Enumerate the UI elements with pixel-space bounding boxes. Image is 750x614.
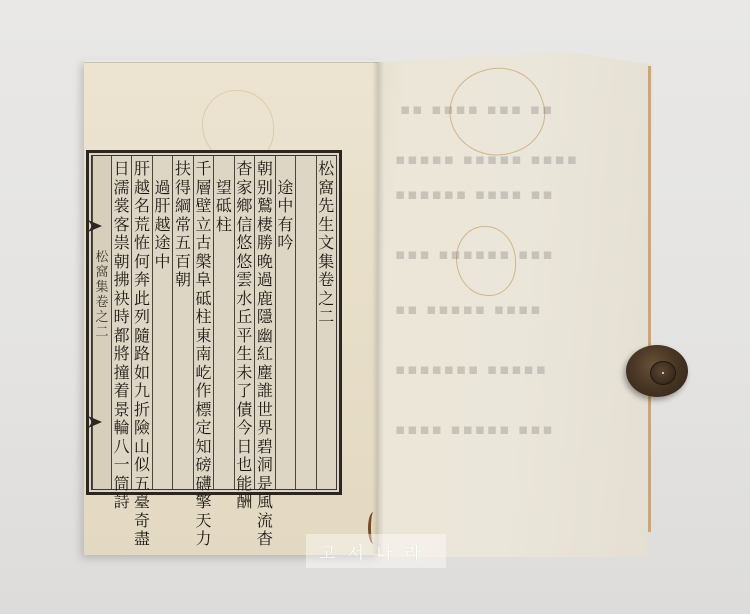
character: 如 (134, 364, 150, 383)
column-body: 杳家鄉信悠悠雲水丘平生未了債今日也能酬 (234, 156, 254, 489)
character: 知 (195, 438, 211, 457)
column-body: 扶得綱常五百朝 (172, 156, 192, 489)
character: 丘 (236, 308, 252, 327)
character: 盡 (134, 530, 150, 549)
character: 千 (195, 160, 211, 179)
character: 礴 (195, 475, 211, 494)
character: 酬 (236, 493, 252, 512)
bronze-weight (626, 345, 688, 397)
character: 信 (236, 216, 252, 235)
character: 洞 (257, 456, 273, 475)
column-body: 朝别鷲棲勝晚過鹿隱幽紅塵誰世界碧洞是風流杳 (254, 156, 274, 489)
text-columns: 松窩先生文集卷之二 途中有吟 朝别鷲棲勝晚過鹿隱幽紅塵誰世界碧洞是風流杳 杳家鄉… (91, 155, 337, 490)
character: 途 (155, 234, 171, 253)
character: 阜 (195, 271, 211, 290)
character: 層 (195, 179, 211, 198)
character: 砥 (195, 290, 211, 309)
character (221, 160, 226, 179)
block-margin-center: 松窩集卷之二 (92, 156, 111, 489)
character: 奔 (134, 271, 150, 290)
character: 世 (257, 401, 273, 420)
character: 常 (175, 216, 191, 235)
column-heading: 過肝越途中 (152, 156, 172, 489)
character: 險 (134, 419, 150, 438)
character: 中 (155, 253, 171, 272)
character: 家 (236, 179, 252, 198)
character: 折 (134, 401, 150, 420)
character: 過 (257, 271, 273, 290)
character: 望 (216, 179, 232, 198)
column-title: 松窩先生文集卷之二 (316, 156, 336, 489)
character: 集 (95, 280, 108, 295)
character: 鹿 (257, 290, 273, 309)
character: 名 (134, 197, 150, 216)
character: 悠 (236, 234, 252, 253)
character: 袂 (114, 290, 130, 309)
character: 棲 (257, 216, 273, 235)
character: 杳 (236, 160, 252, 179)
character: 作 (195, 382, 211, 401)
character: 九 (134, 382, 150, 401)
character: 綱 (175, 197, 191, 216)
character: 碧 (257, 438, 273, 457)
character: 恠 (134, 234, 150, 253)
character: 鄉 (236, 197, 252, 216)
character: 得 (175, 179, 191, 198)
character: 誰 (257, 382, 273, 401)
character: 鷲 (257, 197, 273, 216)
book-gutter (372, 62, 384, 554)
character: 槃 (195, 253, 211, 272)
character: 是 (257, 475, 273, 494)
character: 塵 (257, 364, 273, 383)
character: 五 (175, 234, 191, 253)
character: 債 (236, 401, 252, 420)
column-heading: 途中有吟 (275, 156, 295, 489)
character: 立 (195, 216, 211, 235)
character: 時 (114, 308, 130, 327)
character: 生 (318, 216, 334, 235)
character: 柱 (216, 216, 232, 235)
character: 一 (114, 456, 130, 475)
character: 平 (236, 327, 252, 346)
character: 有 (277, 216, 293, 235)
character: 紅 (257, 345, 273, 364)
character: 天 (195, 512, 211, 531)
character: 卷 (95, 295, 108, 310)
character: 集 (318, 253, 334, 272)
character: 松 (95, 250, 108, 265)
character: 擎 (195, 493, 211, 512)
character: 南 (195, 345, 211, 364)
character: 定 (195, 419, 211, 438)
character: 日 (114, 160, 130, 179)
column-heading: 望砥柱 (213, 156, 233, 489)
bleed-through-text: ▪▪▪ ▪▪▪▪▪▪ ▪▪▪ (395, 245, 555, 263)
character: 了 (236, 382, 252, 401)
character: 標 (195, 401, 211, 420)
character: 砥 (216, 197, 232, 216)
character: 朝 (175, 271, 191, 290)
character: 何 (134, 253, 150, 272)
character: 五 (134, 475, 150, 494)
character: 風 (257, 493, 273, 512)
character: 祟 (114, 234, 130, 253)
character: 客 (114, 216, 130, 235)
character: 將 (114, 345, 130, 364)
bleed-through-text: ▪▪▪▪ ▪▪▪▪▪ ▪▪▪ (395, 420, 555, 438)
character: 力 (195, 530, 211, 549)
character: 幽 (257, 327, 273, 346)
column-body: 日濡裳客祟朝拂袂時都將撞着景輪八一筒詩 (111, 156, 131, 489)
watermark: 고서나라 (306, 534, 446, 568)
character: 濡 (114, 179, 130, 198)
character: 今 (236, 419, 252, 438)
character: 撞 (114, 364, 130, 383)
character: 拂 (114, 271, 130, 290)
character: 别 (257, 179, 273, 198)
character: 着 (114, 382, 130, 401)
character: 詩 (114, 493, 130, 512)
character: 松 (318, 160, 334, 179)
character: 筒 (114, 475, 130, 494)
character: 二 (318, 308, 334, 327)
character: 界 (257, 419, 273, 438)
character: 裳 (114, 197, 130, 216)
character: 列 (134, 308, 150, 327)
column-blank (295, 156, 315, 489)
character: 磅 (195, 456, 211, 475)
character: 中 (277, 197, 293, 216)
bleed-through-text: ▪▪ ▪▪▪▪▪ ▪▪▪▪ (395, 300, 542, 318)
character (283, 160, 288, 179)
character: 肝 (134, 160, 150, 179)
character: 朝 (257, 160, 273, 179)
character: 杳 (257, 530, 273, 549)
character: 隨 (134, 327, 150, 346)
character: 窩 (318, 179, 334, 198)
character: 先 (318, 197, 334, 216)
character: 荒 (134, 216, 150, 235)
character: 肝 (155, 197, 171, 216)
character: 壁 (195, 197, 211, 216)
character: 二 (95, 325, 108, 340)
character: 勝 (257, 234, 273, 253)
character: 古 (195, 234, 211, 253)
character: 吟 (277, 234, 293, 253)
character: 朝 (114, 253, 130, 272)
character: 過 (155, 179, 171, 198)
character: 似 (134, 456, 150, 475)
character: 山 (134, 438, 150, 457)
character: 卷 (318, 271, 334, 290)
character: 生 (236, 345, 252, 364)
bleed-through-text: ▪▪▪▪▪ ▪▪▪▪▪ ▪▪▪▪ (395, 150, 579, 168)
character: 輪 (114, 419, 130, 438)
bleed-through-text: ▪▪ ▪▪▪▪ ▪▪▪ ▪▪ (400, 100, 554, 118)
character: 途 (277, 179, 293, 198)
character: 悠 (236, 253, 252, 272)
character: 東 (195, 327, 211, 346)
character: 未 (236, 364, 252, 383)
column-body: 肝越名荒恠何奔此列隨路如九折險山似五臺奇盡 (131, 156, 151, 489)
bleed-through-text: ▪▪▪▪▪▪ ▪▪▪▪ ▪▪ (395, 185, 555, 203)
character: 屹 (195, 364, 211, 383)
character: 柱 (195, 308, 211, 327)
character: 能 (236, 475, 252, 494)
character: 雲 (236, 271, 252, 290)
character: 越 (134, 179, 150, 198)
character: 八 (114, 438, 130, 457)
column-body: 千層壁立古槃阜砥柱東南屹作標定知磅礴擎天力 (193, 156, 213, 489)
weight-knob (650, 361, 676, 385)
character: 晚 (257, 253, 273, 272)
character: 之 (318, 290, 334, 309)
character: 百 (175, 253, 191, 272)
character: 水 (236, 290, 252, 309)
character: 路 (134, 345, 150, 364)
printed-text-block: 松窩先生文集卷之二 途中有吟 朝别鷲棲勝晚過鹿隱幽紅塵誰世界碧洞是風流杳 杳家鄉… (86, 150, 342, 495)
character: 文 (318, 234, 334, 253)
character: 流 (257, 512, 273, 531)
character: 此 (134, 290, 150, 309)
character: 景 (114, 401, 130, 420)
character: 都 (114, 327, 130, 346)
character (160, 160, 165, 179)
character: 隱 (257, 308, 273, 327)
bleed-through-text: ▪▪▪▪▪▪▪ ▪▪▪▪▪ (395, 360, 548, 378)
character: 之 (95, 310, 108, 325)
character: 也 (236, 456, 252, 475)
character: 臺 (134, 493, 150, 512)
character: 日 (236, 438, 252, 457)
character: 窩 (95, 265, 108, 280)
character: 越 (155, 216, 171, 235)
character: 扶 (175, 160, 191, 179)
right-page-edge (648, 66, 651, 532)
character: 奇 (134, 512, 150, 531)
